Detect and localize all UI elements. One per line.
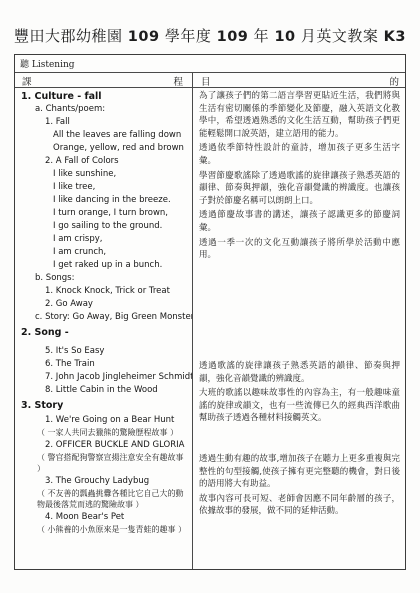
curriculum-note-chinese: （ 一家人共同去獵熊的驚險歷程故事 ） — [15, 427, 192, 439]
curriculum-line: I am crunch, — [15, 246, 192, 259]
objective-paragraph: 大班的歌謠以趣味故事性的內容為主，有一般趣味童謠的旋律或韻文，也有一些流傳已久的… — [199, 387, 400, 425]
curriculum-line: 4. Moon Bear's Pet — [15, 511, 192, 524]
table-header-row: 課 程 目 的 — [15, 73, 405, 88]
curriculum-section-song: 2. Song - — [15, 326, 192, 339]
objective-paragraph: 故事內容可長可短、老師會因應不同年齡層的孩子，依據故事的發展，做不同的延伸活動。 — [199, 493, 400, 518]
title-segment-number: 109 — [128, 29, 160, 45]
curriculum-line: I get raked up in a bunch. — [15, 259, 192, 272]
skill-row-listening: 聽 Listening — [15, 55, 405, 73]
table-body-row: 1. Culture - fall a. Chants/poem: 1. Fal… — [15, 88, 405, 569]
title-segment: 年 — [248, 27, 274, 45]
curriculum-line: I like tree, — [15, 181, 192, 194]
objective-paragraph: 透過生動有趣的故事,增加孩子在聽力上更多重複與完整性的句型接觸,使孩子擁有更完整… — [199, 453, 400, 491]
header-char: 課 — [22, 74, 32, 87]
title-segment: 豐田大郡幼稚園 — [14, 27, 128, 45]
curriculum-note-chinese: （ 不友善的瓢蟲挑釁各種比它自己大的動物最後落荒而逃的驚險故事 ） — [15, 488, 192, 511]
curriculum-line: 1. Fall — [15, 116, 192, 129]
curriculum-section-story: 3. Story — [15, 399, 192, 412]
title-segment: 學年度 — [160, 27, 217, 45]
title-segment: 月英文教案 — [296, 27, 384, 45]
curriculum-line: 2. Go Away — [15, 298, 192, 311]
curriculum-cell: 1. Culture - fall a. Chants/poem: 1. Fal… — [15, 88, 193, 569]
curriculum-line: All the leaves are falling down — [15, 129, 192, 142]
objective-paragraph: 透過歌謠的旋律讓孩子熟悉英語的韻律、節奏與押韻，強化音韻覺識的辨識度。 — [199, 360, 400, 385]
title-segment-number: K3 — [384, 29, 406, 45]
curriculum-note-chinese: （ 小熊養的小魚原來是一隻青蛙的趣事 ） — [15, 524, 192, 536]
curriculum-line: 2. OFFICER BUCKLE AND GLORIA — [15, 439, 192, 452]
curriculum-line: 3. The Grouchy Ladybug — [15, 475, 192, 488]
curriculum-line: 1. We're Going on a Bear Hunt — [15, 414, 192, 427]
curriculum-line: 8. Little Cabin in the Wood — [15, 384, 192, 397]
title-segment-number: 109 — [217, 29, 249, 45]
curriculum-line: I go sailing to the ground. — [15, 220, 192, 233]
curriculum-line: I like dancing in the breeze. — [15, 194, 192, 207]
header-char: 目 — [201, 74, 211, 87]
curriculum-line: b. Songs: — [15, 272, 192, 285]
objective-paragraph: 透過一季一次的文化互動讓孩子將所學於活動中應用。 — [199, 237, 400, 262]
curriculum-line: 2. A Fall of Colors — [15, 155, 192, 168]
objective-paragraph: 學習節慶歌謠除了透過歌謠的旋律讓孩子熟悉英語的韻律、節奏與押韻，強化音韻覺識的辨… — [199, 170, 400, 208]
curriculum-line: a. Chants/poem: — [15, 103, 192, 116]
column-header-objective: 目 的 — [193, 73, 405, 87]
column-header-curriculum: 課 程 — [15, 73, 193, 87]
header-char: 程 — [173, 74, 183, 87]
curriculum-section-culture: 1. Culture - fall — [15, 90, 192, 103]
curriculum-line: c. Story: Go Away, Big Green Monster — [15, 311, 192, 324]
curriculum-line: 5. It's So Easy — [15, 345, 192, 358]
curriculum-note-chinese: （ 警官搭配狗警察宣揚注意安全有趣故事 ） — [15, 452, 192, 475]
objective-paragraph: 為了讓孩子們的第二語言學習更貼近生活，我們將與生活有密切關係的季節變化及節慶，融… — [199, 90, 400, 140]
lesson-table: 聽 Listening 課 程 目 的 1. Culture - fall a.… — [14, 54, 406, 570]
objective-cell: 為了讓孩子們的第二語言學習更貼近生活，我們將與生活有密切關係的季節變化及節慶，融… — [193, 88, 405, 569]
curriculum-line: 1. Knock Knock, Trick or Treat — [15, 285, 192, 298]
objective-paragraph: 透過依季節特性設計的童詩，增加孩子更多生活字彙。 — [199, 142, 400, 167]
curriculum-line: 7. John Jacob Jingleheimer Schmidt — [15, 371, 192, 384]
curriculum-line: I like sunshine, — [15, 168, 192, 181]
curriculum-line: I turn orange, I turn brown, — [15, 207, 192, 220]
title-segment-number: 10 — [274, 29, 295, 45]
objective-group-song: 透過歌謠的旋律讓孩子熟悉英語的韻律、節奏與押韻，強化音韻覺識的辨識度。 大班的歌… — [199, 360, 400, 427]
objective-group-story: 透過生動有趣的故事,增加孩子在聽力上更多重複與完整性的句型接觸,使孩子擁有更完整… — [199, 453, 400, 520]
page-title: 豐田大郡幼稚園 109 學年度 109 年 10 月英文教案 K3 — [0, 25, 420, 46]
objective-paragraph: 透過節慶故事書的講述，讓孩子認識更多的節慶詞彙。 — [199, 209, 400, 234]
header-char: 的 — [389, 74, 399, 87]
curriculum-line: I am crispy, — [15, 233, 192, 246]
curriculum-line: 6. The Train — [15, 358, 192, 371]
objective-group-culture: 為了讓孩子們的第二語言學習更貼近生活，我們將與生活有密切關係的季節變化及節慶，融… — [199, 90, 400, 264]
curriculum-line: Orange, yellow, red and brown — [15, 142, 192, 155]
lesson-plan-document: 豐田大郡幼稚園 109 學年度 109 年 10 月英文教案 K3 聽 List… — [0, 0, 420, 593]
